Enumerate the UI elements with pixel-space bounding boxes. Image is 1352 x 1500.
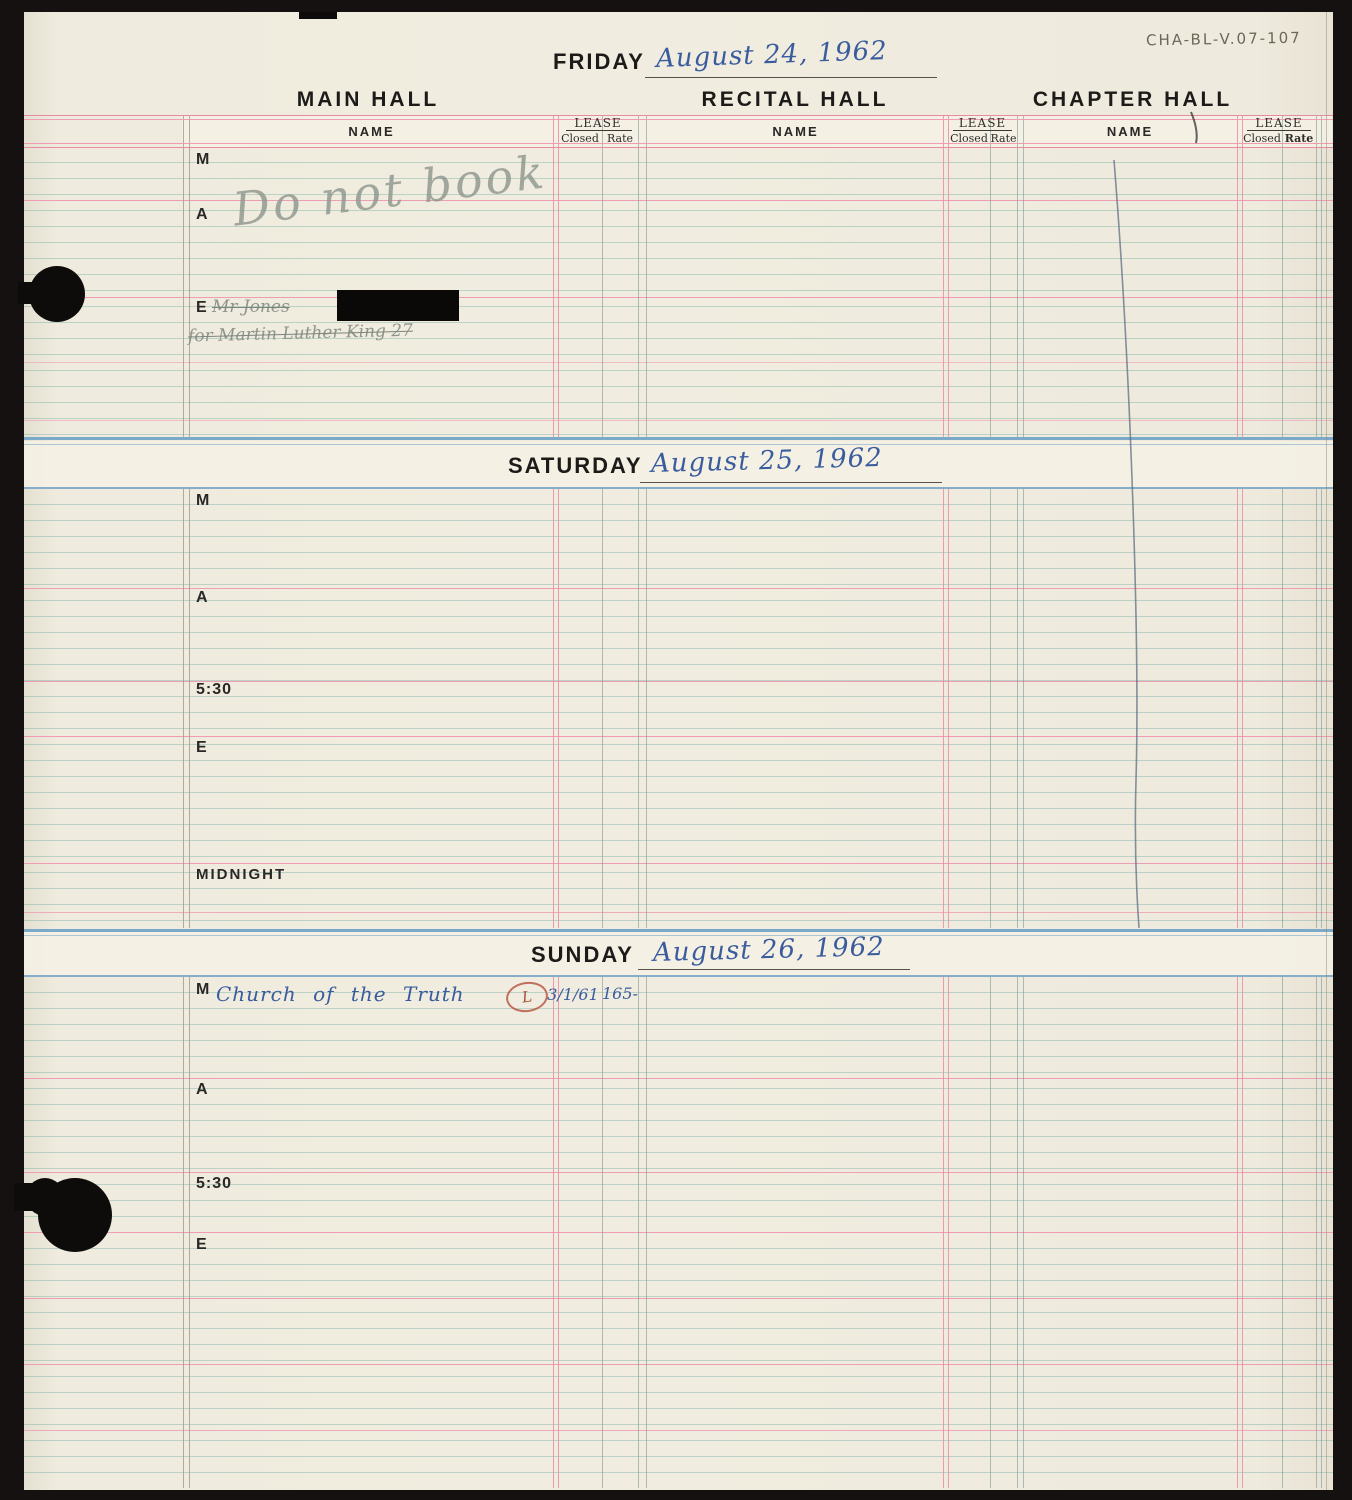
- column-rule-line: [943, 115, 944, 437]
- date-underline-saturday: [640, 482, 942, 483]
- rule-line: [24, 1298, 1333, 1299]
- time-label-saturday-530: 5:30: [196, 681, 232, 699]
- column-rule-line: [558, 489, 559, 928]
- column-rule-line: [646, 489, 647, 928]
- column-rule-line: [990, 489, 991, 928]
- scan-notch: [299, 12, 337, 19]
- time-label-sunday-530: 5:30: [196, 1175, 232, 1193]
- column-rule-line: [943, 489, 944, 928]
- rule-line: [24, 200, 1333, 201]
- time-label-friday-e: E: [196, 299, 208, 317]
- rule-line: [24, 1430, 1333, 1431]
- rule-line: [24, 1232, 1333, 1233]
- punch-hole: [29, 266, 85, 322]
- column-header-name-main: NAME: [190, 124, 553, 139]
- day-date-saturday: August 25, 1962: [651, 443, 883, 479]
- crossed-entry-line1: Mr Jones: [212, 297, 290, 317]
- column-rule-line: [1017, 115, 1018, 437]
- rule-line: [24, 1172, 1333, 1173]
- column-rule-line: [948, 977, 949, 1488]
- time-label-sunday-a: A: [196, 1081, 209, 1099]
- column-rule-line: [646, 115, 647, 437]
- column-rule-line: [638, 977, 639, 1488]
- rule-line: [24, 912, 1333, 913]
- column-rule-line: [602, 489, 603, 928]
- column-rule-line: [602, 115, 603, 437]
- date-underline-sunday: [638, 969, 910, 970]
- column-rule-line: [1316, 115, 1317, 437]
- column-rule-line: [189, 977, 190, 1488]
- column-rule-line: [638, 489, 639, 928]
- booking-entry-name: Church of the Truth: [216, 982, 465, 1006]
- lease-rate-header-chapter: Rate: [1282, 132, 1316, 145]
- column-rule-line: [646, 977, 647, 1488]
- rule-line: [24, 1078, 1333, 1079]
- hall-title-recital: RECITAL HALL: [670, 88, 920, 112]
- column-rule-line: [602, 977, 603, 1488]
- column-rule-line: [1282, 115, 1283, 437]
- column-rule-line: [1237, 489, 1238, 928]
- lease-rate-value: 165-: [602, 984, 646, 1003]
- column-rule-line: [1023, 489, 1024, 928]
- rule-line: [24, 1364, 1333, 1365]
- column-rule-line: [1282, 489, 1283, 928]
- lease-rate-header-main: Rate: [602, 132, 638, 145]
- lease-mark-letter: L: [521, 987, 533, 1006]
- column-rule-line: [943, 977, 944, 1488]
- rule-line: [24, 863, 1333, 864]
- rule-line: [24, 362, 1333, 363]
- column-rule-line: [553, 977, 554, 1488]
- rule-line: [24, 588, 1333, 589]
- lease-header-recital: LEASE: [948, 116, 1017, 130]
- time-label-sunday-e: E: [196, 1236, 208, 1254]
- section-divider: [24, 975, 1333, 977]
- lease-closed-header-chapter: Closed: [1242, 132, 1282, 145]
- friday-grid: [24, 147, 1333, 437]
- hall-title-main: MAIN HALL: [268, 88, 468, 112]
- column-rule-line: [948, 115, 949, 437]
- time-label-friday-m: M: [196, 151, 210, 169]
- column-rule-line: [183, 115, 184, 437]
- section-divider: [24, 487, 1333, 489]
- column-rule-line: [1242, 115, 1243, 437]
- lease-header-main: LEASE: [558, 116, 638, 130]
- section-divider: [24, 935, 1333, 936]
- column-rule-line: [1017, 977, 1018, 1488]
- column-rule-line: [1237, 115, 1238, 437]
- rule-line: [24, 420, 1333, 421]
- lease-rate-header-recital: Rate: [990, 132, 1017, 145]
- archive-code: CHA-BL-V.07-107: [1146, 29, 1302, 50]
- column-rule-line: [1282, 977, 1283, 1488]
- column-rule-line: [990, 977, 991, 1488]
- column-rule-line: [1316, 977, 1317, 1488]
- column-rule-line: [183, 977, 184, 1488]
- column-rule-line: [1242, 489, 1243, 928]
- column-rule-line: [1237, 977, 1238, 1488]
- lease-underline-chapter: [1247, 130, 1311, 131]
- time-label-saturday-a: A: [196, 589, 209, 607]
- section-divider: [24, 929, 1333, 932]
- column-rule-line: [1242, 977, 1243, 1488]
- rule-line: [24, 119, 1333, 120]
- column-rule-line: [990, 115, 991, 437]
- day-title-friday: FRIDAY: [553, 49, 645, 75]
- column-rule-line: [189, 115, 190, 437]
- column-header-name-chapter: NAME: [1023, 124, 1237, 139]
- column-rule-line: [1321, 977, 1322, 1488]
- rule-line: [24, 115, 1333, 116]
- time-label-saturday-e: E: [196, 739, 208, 757]
- day-title-sunday: SUNDAY: [531, 942, 634, 968]
- hall-title-chapter: CHAPTER HALL: [1010, 88, 1255, 112]
- time-label-saturday-m: M: [196, 492, 210, 510]
- column-rule-line: [638, 115, 639, 437]
- day-date-sunday: August 26, 1962: [653, 932, 885, 968]
- column-rule-line: [948, 489, 949, 928]
- column-rule-line: [1023, 977, 1024, 1488]
- time-label-sunday-m: M: [196, 981, 210, 999]
- section-divider: [24, 437, 1333, 440]
- column-rule-line: [553, 489, 554, 928]
- column-rule-line: [1023, 115, 1024, 437]
- section-divider: [24, 444, 1333, 445]
- lease-closed-header-recital: Closed: [948, 132, 990, 145]
- date-underline-friday: [645, 77, 937, 78]
- punch-hole: [38, 1178, 112, 1252]
- column-header-name-recital: NAME: [648, 124, 943, 139]
- column-rule-line: [1316, 489, 1317, 928]
- time-label-saturday-midnight: MIDNIGHT: [196, 866, 286, 883]
- column-rule-line: [1321, 115, 1322, 437]
- scanned-ledger-page: CHA-BL-V.07-107 FRIDAY August 24, 1962 M…: [0, 0, 1352, 1500]
- lease-underline-recital: [953, 130, 1012, 131]
- column-rule-line: [183, 489, 184, 928]
- rule-line: [24, 143, 1333, 144]
- paper-crease: [1326, 12, 1327, 1490]
- day-title-saturday: SATURDAY: [508, 453, 643, 479]
- rule-line: [24, 736, 1333, 737]
- column-rule-line: [1017, 489, 1018, 928]
- lease-underline-main: [566, 130, 632, 131]
- column-rule-line: [1321, 489, 1322, 928]
- column-rule-line: [558, 977, 559, 1488]
- column-rule-line: [189, 489, 190, 928]
- time-label-friday-a: A: [196, 206, 209, 224]
- redaction-box: [337, 290, 459, 321]
- lease-header-chapter: LEASE: [1242, 116, 1316, 130]
- rule-line: [24, 147, 1333, 148]
- lease-closed-value: 3/1/61: [546, 985, 600, 1004]
